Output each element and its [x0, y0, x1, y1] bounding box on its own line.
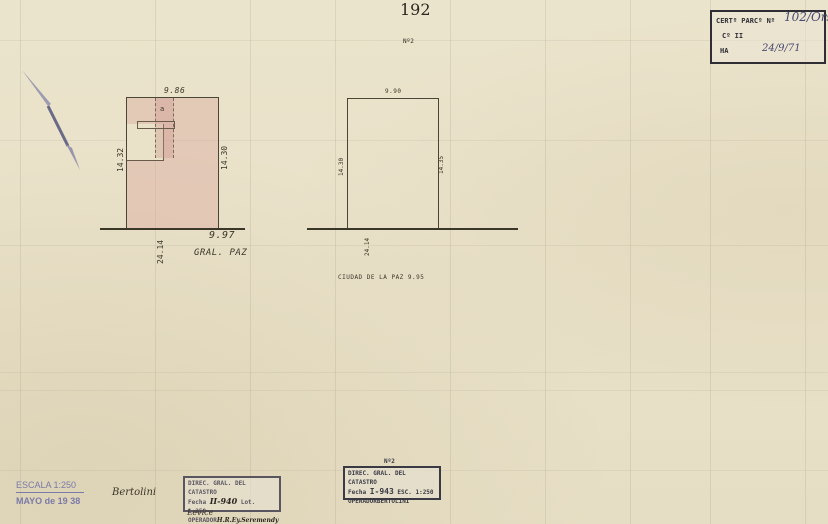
plot-right-boundary [347, 98, 439, 230]
plot-right-left-dim: 14.30 [338, 158, 345, 176]
plot-left-street-name: GRAL. PAZ [194, 248, 247, 258]
plot-left-right-dim: 14.30 [220, 146, 229, 170]
certificate-label: CERTº PARCº Nº [716, 17, 775, 25]
certificate-number: 102/Ors [784, 10, 828, 24]
grid-line [805, 0, 806, 524]
plot-right-right-dim: 14.35 [438, 156, 445, 174]
certificate-line2: Cº II [722, 32, 743, 40]
plot-right-street-label: CIUDAD DE LA PAZ 9.95 [338, 274, 424, 281]
plot-left-top-dim: 9.86 [164, 86, 185, 95]
plot-left-bottom-dim: 9.97 [209, 230, 235, 241]
plot-left-street-offset: 24.14 [156, 240, 165, 264]
catastro-stamp-left: DIREC. GRAL. DEL CATASTRO Fecha II-940 L… [183, 476, 281, 512]
operator-signature: Bertolini [112, 487, 156, 498]
plot-left-left-dim: 14.32 [116, 148, 125, 172]
grid-line [0, 372, 828, 373]
grid-line [450, 0, 451, 524]
grid-line [335, 0, 336, 524]
catastro-right-header: Nº2 [384, 458, 395, 465]
north-arrow-icon [18, 66, 83, 176]
street-line-right [307, 228, 518, 230]
sheet-number: 192 [400, 0, 431, 19]
catastro-right-line2: Fecha I-943 ESC. 1:250 [348, 487, 436, 497]
plot-right-street-offset: 24.14 [364, 238, 371, 256]
grid-line [630, 0, 631, 524]
scale-underline [16, 492, 84, 493]
grid-line [0, 390, 828, 391]
catastro-left-line3: OPERADORH.R.Ey.Seremendy [188, 516, 276, 524]
date-label: MAYO de 19 38 [16, 496, 80, 506]
plot-left-inner-label: a [160, 105, 164, 113]
plot-left-building-edge [137, 121, 175, 129]
grid-line [545, 0, 546, 524]
certificate-line3-label: HA [720, 47, 728, 55]
certificate-stamp: CERTº PARCº Nº 102/Ors Cº II HA 24/9/71 [710, 10, 826, 64]
grid-line [710, 0, 711, 524]
grid-line [0, 40, 828, 41]
catastro-right-line3: OPERADORBERTOLINI [348, 497, 436, 506]
cadastral-plan-sheet: 192 Nº2 CERTº PARCº Nº 102/Ors Cº II HA … [0, 0, 828, 524]
grid-line [250, 0, 251, 524]
catastro-left-note: Levice [187, 508, 213, 517]
plot-right-top-dim: 9.90 [385, 88, 401, 95]
catastro-stamp-right: DIREC. GRAL. DEL CATASTRO Fecha I-943 ES… [343, 466, 441, 500]
sheet-subtitle: Nº2 [403, 38, 414, 45]
certificate-date: 24/9/71 [762, 43, 801, 54]
grid-line [0, 245, 828, 246]
catastro-right-line1: DIREC. GRAL. DEL CATASTRO [348, 469, 436, 487]
catastro-left-line1: DIREC. GRAL. DEL CATASTRO [188, 479, 276, 497]
scale-label: ESCALA 1:250 [16, 480, 76, 490]
